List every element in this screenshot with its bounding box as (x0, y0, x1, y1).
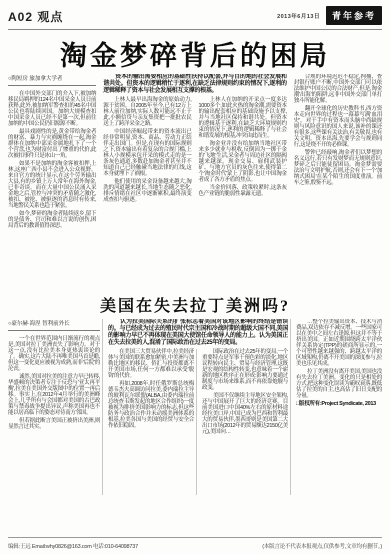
article-paragraph: 中国经济崛起带来的资本流出已经非常明显,资本、商品、劳动力正结伴走出国门。但是,… (103, 129, 191, 177)
article1-intro: 资本的输出需要相应的基础性扶持以配套,并与目的地的社会发展和谐共处。但资本的逻辑… (103, 74, 287, 97)
article2-intro: 认为拉美国际关系的扩张标志着美国对该地区影响的终结是错误的。与已经成为过去的殖民… (102, 319, 288, 349)
article-paragraph: 如今,梦碎的淘金者陆续返乡,留下的是债务、官司和难以言说的创伤,困局背后的教训值… (8, 211, 96, 229)
article-paragraph: 如果不是加纳的淘金客被扣押,上林,这座广西小县不会进入公众视野。来自官方的统计显… (8, 161, 96, 209)
article-paragraph: 警钟已经敲响,淘金者们以梦想的名义远行,若只有发财梦而无规则意识,梦碎之后只能徒… (294, 150, 382, 186)
article-paragraph: 当金价回落、政策收紧时,这条灰色产业链的脆弱性暴露无遗。 (199, 185, 287, 197)
article2-column-2: 在美国三大贸易伙伴中,拉美经济体与美国的联系愈加紧密,中美洲与加勒比地区的移民、… (102, 349, 194, 495)
article-paragraph: 一个在世界范围内日渐流行的观点是,美国对拉丁美洲丧失了影响力。对于这一点,没有比… (8, 336, 100, 372)
article1-intro-text: 资本的输出需要相应的基础性扶持以配套,并与目的地的社会发展和谐共处。但资本的逻辑… (103, 74, 287, 95)
article1-column-2: 上林人最早出海淘金的原始动力,源于贫困。自2005年至今,已有12万上林人前往加… (103, 97, 191, 290)
article2-column-1: ○豪尔赫·海涅 智利前外长 一个在世界范围内日渐流行的观点是,美国对拉丁美洲丧失… (8, 319, 100, 495)
newspaper-page: A02 观点 2013年6月13日 青年参考 淘金梦碎背后的困局 ○陶短房 旅加… (0, 0, 390, 554)
article1-column-1: ○陶短房 旅加拿大学者 在中国外交部门的介入下,被加纳移民局羁押的124名中国采… (8, 74, 96, 290)
header-right: 2013年6月13日 青年参考 (277, 6, 382, 25)
article2-column-3: 国际政治在过去25年的变局,一个重要特点是军事干预色彩的淡化,地区议程转向民主、… (196, 349, 288, 495)
article-paragraph: 诚然,美国对拉美的注意力早已转移,华盛顿的决策者专注于反恐与'亚太再平衡',拉美… (8, 374, 100, 416)
article-paragraph: 上林人在加纳的开采点一度多达1000多个,如此火热的淘金潮,需要资本的输出配套相… (199, 97, 287, 139)
article1-body: ○陶短房 旅加拿大学者 在中国外交部门的介入下,被加纳移民局羁押的124名中国采… (8, 74, 382, 290)
page-footer: 编辑:王远 Email:why0826@163.com 电话:010-64098… (8, 537, 382, 550)
article-paragraph: 合规的环境迟迟不稳定,拘捕、查封银行账户不断,中国外交部门可以依法维护中国公民的… (294, 74, 382, 104)
article-paragraph: 他们使用的采金设备越来越大,淘洗的河道越来越长,当地生态随之恶化,排斥情绪在社区… (103, 179, 191, 203)
page-date: 2013年6月13日 (277, 12, 320, 20)
article-paragraph: 最具戏剧性的是,黄金带给淘金者的财富、暴力与灾祸缠绕在一起,淘金群体在加纳中部采… (8, 129, 96, 159)
article-paragraph: 翻开全球化的历史教科书,西方资本走向世界的过程也一幕幕写满'血泪史'。对于手中有… (294, 106, 382, 148)
article-paragraph: 再如,2008年,时任俄罗斯总统梅德韦杰夫高调访问拉美,委内瑞拉主导的玻利瓦尔联… (108, 381, 194, 429)
article2-byline: ○豪尔赫·海涅 智利前外长 (8, 319, 100, 331)
article-paragraph: 美国不仅继续主导地区安全架构,还与中国展开了巨大的经济竞赛。目前美国进口中国40… (202, 393, 288, 435)
article-paragraph: 国际政治在过去25年的变局,一个重要特点是军事干预色彩的淡化,地区议程转向民主、… (202, 349, 288, 391)
article2-body: ○豪尔赫·海涅 智利前外长 一个在世界范围内日渐流行的观点是,美国对拉丁美洲丧失… (8, 319, 382, 495)
footer-disclaimer: (本版言论不代表本报观点,仅供参考,文章均有删节。) (262, 542, 382, 550)
syndicate-credit: □版权所有:Project Syndicate, 2013 (296, 401, 382, 407)
section-label: A02 观点 (8, 8, 63, 25)
article-paragraph: 淘金业并没有给加纳当地社区带来多少就业与税收,反倒因为一掷千金的'飞地'生活,采… (199, 141, 287, 183)
article-paragraph: 但若据此断言美国正被挤出美洲,则显然言过其实。 (8, 418, 100, 430)
article2-column-4: …整个拉美输出资本、技术与消费品,双边依存不减反增。一些国家可以在美中之间左右逢… (290, 319, 382, 495)
article-paragraph: …整个拉美输出资本、技术与消费品,双边依存不减反增。一些国家可以在美中之间左右逢… (296, 319, 382, 367)
masthead-logo: 青年参考 (326, 6, 382, 25)
article2-intro-text: 认为拉美国际关系的扩张标志着美国对该地区影响的终结是错误的。与已经成为过去的殖民… (108, 319, 288, 347)
footer-contact: 编辑:王远 Email:why0826@163.com 电话:010-64098… (8, 542, 138, 550)
article2-headline: 美国在失去拉丁美洲吗? (8, 298, 382, 316)
article1-byline: ○陶短房 旅加拿大学者 (8, 74, 96, 86)
article-paragraph: 在中国外交部门的介入下,被加纳移民局羁押的124名中国采金人员日前获释,此外,被… (8, 91, 96, 127)
article1-column-4: 合规的环境迟迟不稳定,拘捕、查封银行账户不断,中国外交部门可以依法维护中国公民的… (294, 74, 382, 290)
article-paragraph: 在美国三大贸易伙伴中,拉美经济体与美国的联系愈加紧密,中美洲与加勒比地区的移民、… (108, 349, 194, 379)
article-paragraph: 拉丁美洲没有离开美国,美国也没有失去拉丁美洲。变化的只是相处的方式,把这种变化误… (296, 369, 382, 399)
article1-headline: 淘金梦碎背后的困局 (8, 42, 382, 70)
article-paragraph: 上林人最早出海淘金的原始动力,源于贫困。自2005年至今,已有12万上林人前往加… (103, 97, 191, 127)
page-header: A02 观点 2013年6月13日 青年参考 (8, 6, 382, 30)
article1-column-3: 上林人在加纳的开采点一度多达1000多个,如此火热的淘金潮,需要资本的输出配套相… (199, 97, 287, 290)
